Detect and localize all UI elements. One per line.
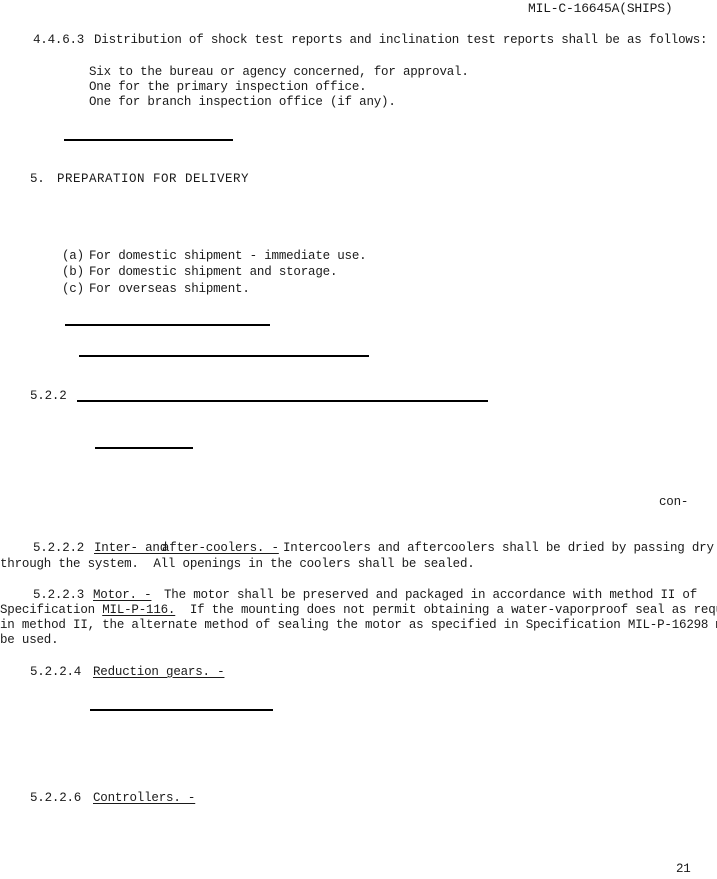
section-heading: Reduction gears. -	[93, 665, 224, 679]
level-text: For domestic shipment and storage.	[89, 265, 337, 279]
level-text: For overseas shipment.	[89, 282, 250, 296]
section-number: 5.2.2.3	[33, 588, 84, 602]
redaction-rule	[64, 139, 233, 141]
document-id: MIL-C-16645A(SHIPS)	[528, 2, 672, 16]
section-number: 5.2.2	[30, 389, 67, 403]
level-label: (c)	[62, 282, 84, 296]
paragraph-text: Intercoolers and aftercoolers shall be d…	[283, 541, 717, 555]
section-heading: Motor. -	[93, 588, 151, 602]
level-label: (a)	[62, 249, 84, 263]
section-number: 5.	[30, 172, 45, 186]
paragraph-text: through the system. All openings in the …	[0, 557, 475, 571]
text-fragment: If the mounting does not permit obtainin…	[175, 603, 717, 617]
paragraph-text: in method II, the alternate method of se…	[0, 618, 717, 632]
section-number: 5.2.2.2	[33, 541, 84, 555]
paragraph-text: The motor shall be preserved and package…	[164, 588, 697, 602]
section-number: 4.4.6.3	[33, 33, 84, 47]
level-label: (b)	[62, 265, 84, 279]
section-heading: after-coolers. -	[162, 541, 279, 555]
text-fragment: Specification	[0, 603, 102, 617]
list-item: One for the primary inspection office.	[89, 80, 366, 94]
redaction-rule	[77, 400, 488, 402]
redaction-rule	[65, 324, 270, 326]
paragraph-text: Specification MIL-P-116. If the mounting…	[0, 603, 717, 617]
level-text: For domestic shipment - immediate use.	[89, 249, 366, 263]
redaction-rule	[79, 355, 369, 357]
orphan-text: con-	[659, 495, 688, 509]
section-number: 5.2.2.6	[30, 791, 81, 805]
list-item: One for branch inspection office (if any…	[89, 95, 396, 109]
paragraph-text: Distribution of shock test reports and i…	[94, 33, 707, 47]
redaction-rule	[95, 447, 193, 449]
section-heading: Controllers. -	[93, 791, 195, 805]
redaction-rule	[90, 709, 273, 711]
section-heading: Inter- and	[94, 541, 167, 555]
section-number: 5.2.2.4	[30, 665, 81, 679]
spec-reference: MIL-P-116.	[102, 603, 175, 617]
list-item: Six to the bureau or agency concerned, f…	[89, 65, 469, 79]
paragraph-text: be used.	[0, 633, 58, 647]
section-title: PREPARATION FOR DELIVERY	[57, 172, 249, 186]
page-number: 21	[676, 862, 691, 876]
